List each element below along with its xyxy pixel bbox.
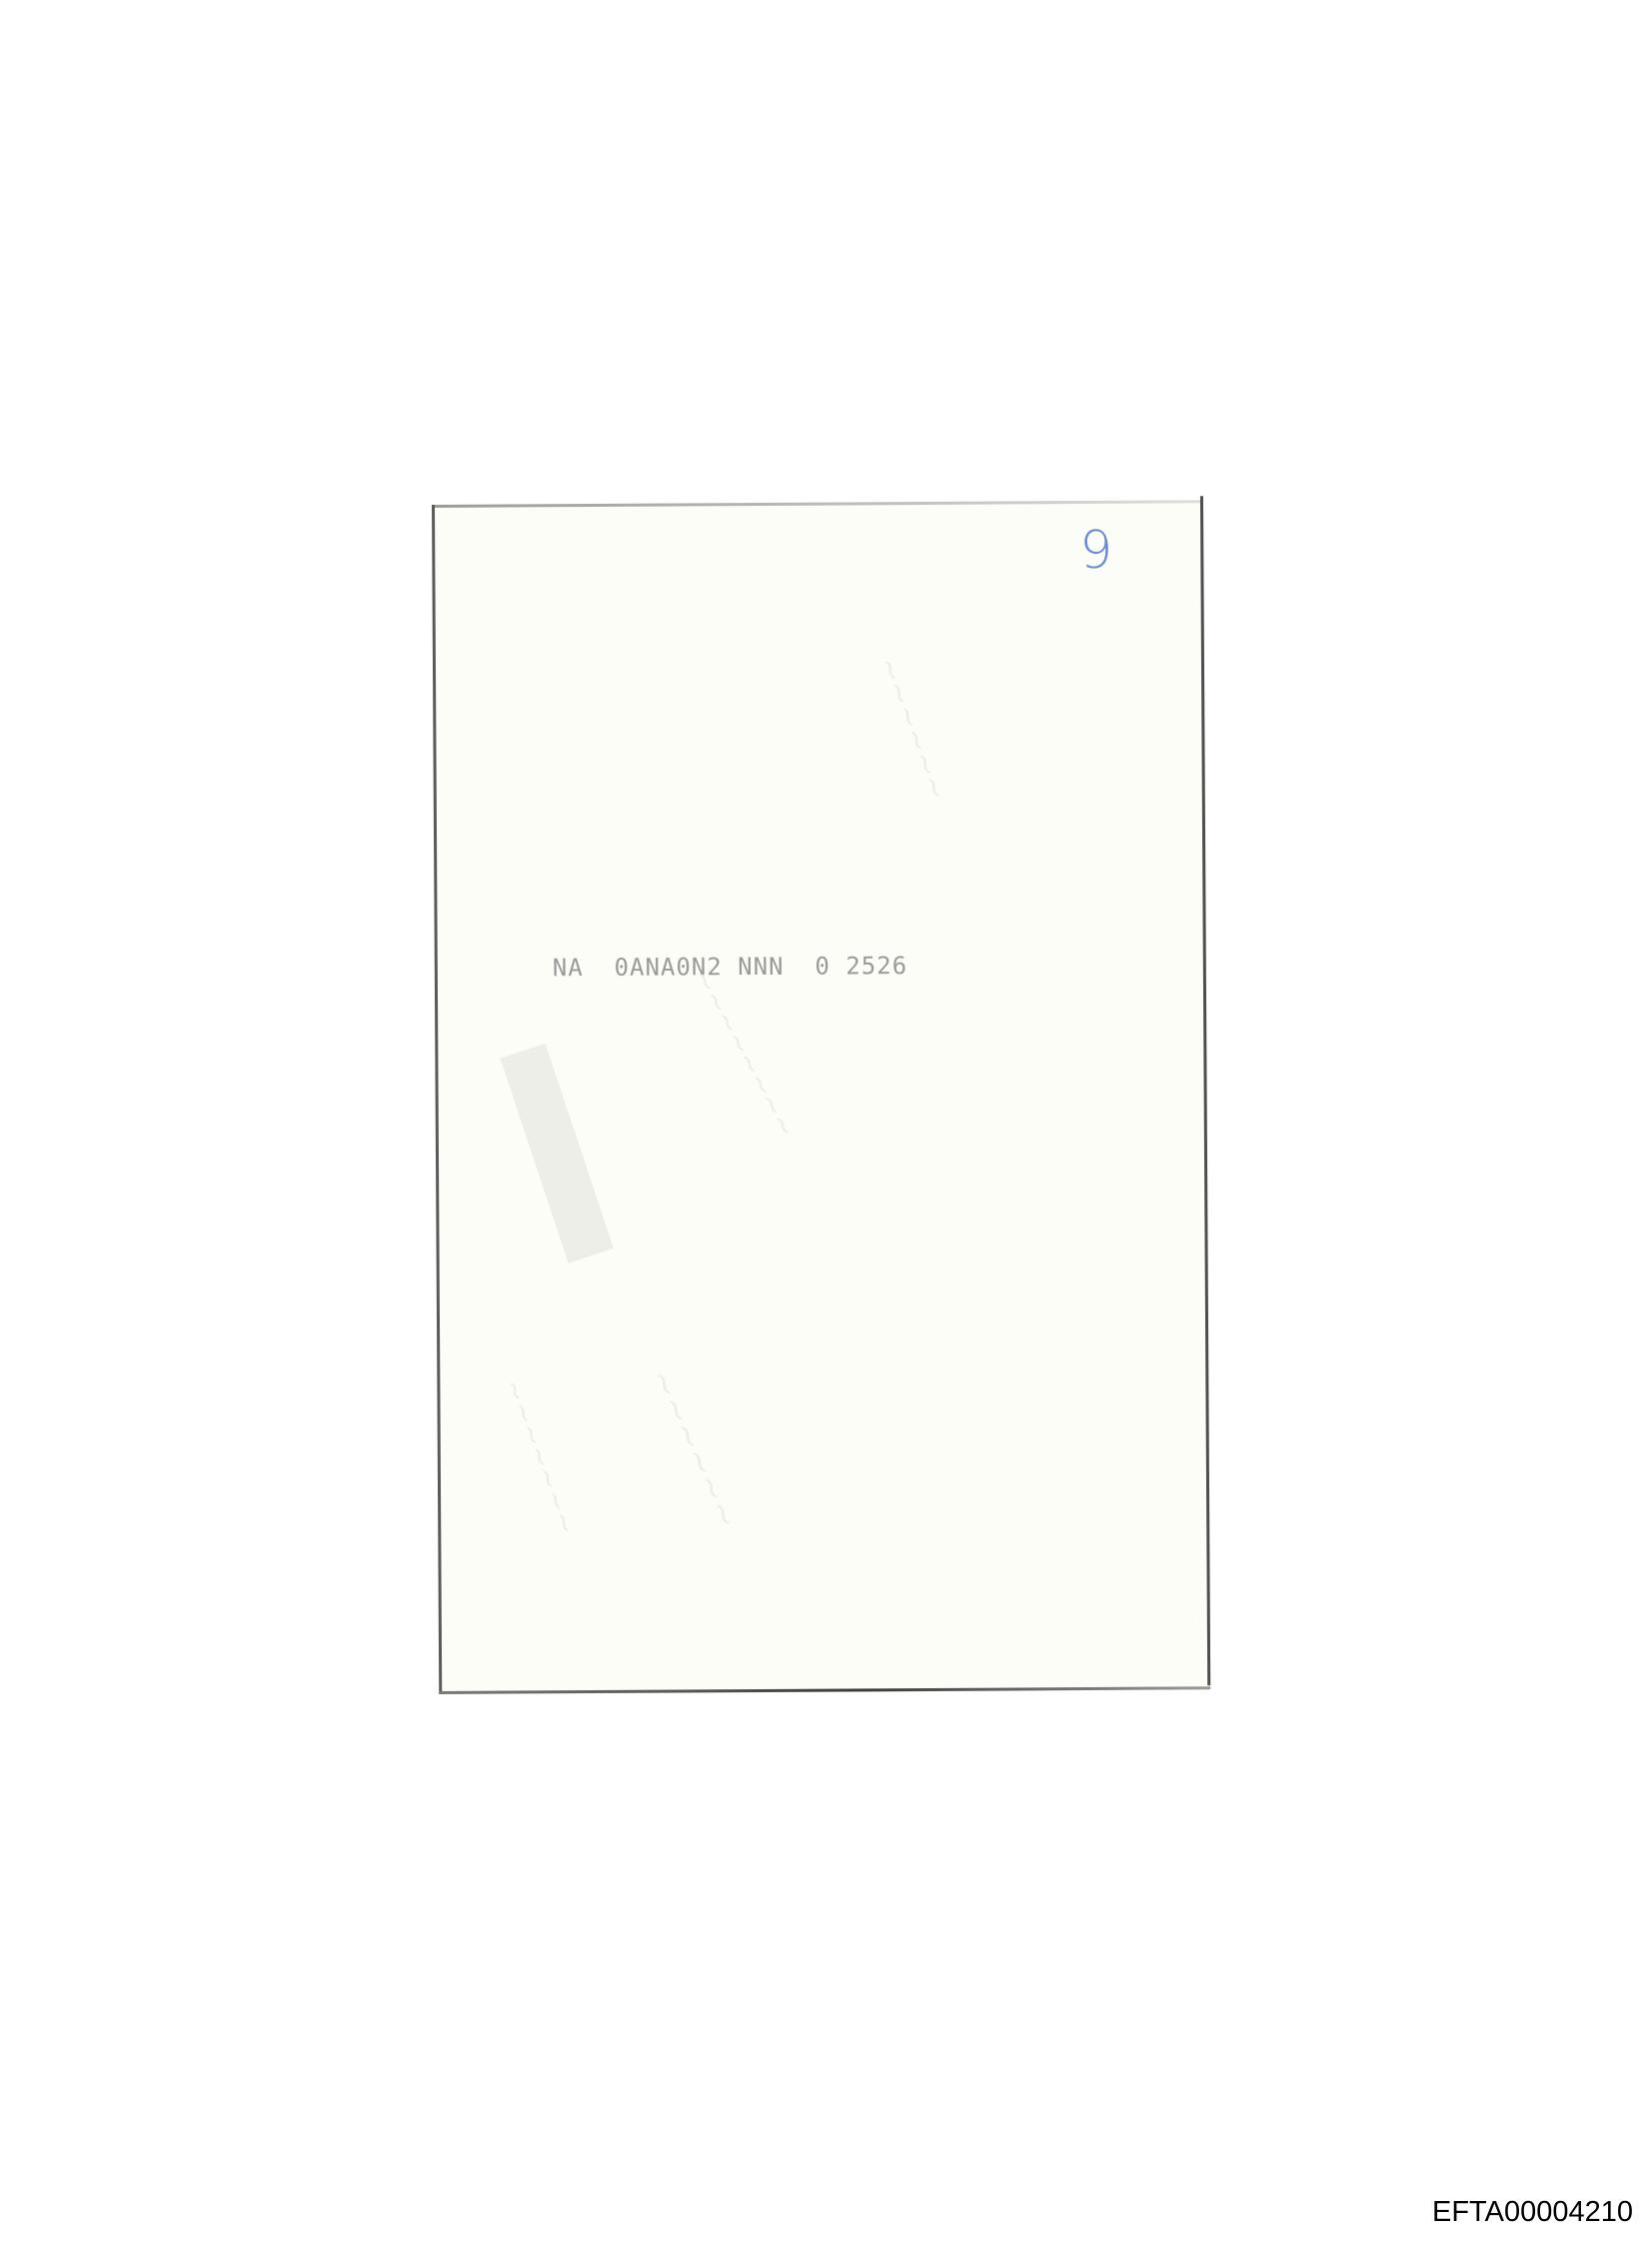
card-edge-bottom (439, 1686, 1210, 1694)
photo-print-code: NA 0ANA0N2 NNN 0 2526 (553, 952, 908, 982)
bleed-through-mark: ███████ (501, 1044, 613, 1262)
bleed-through-mark: ~~~~~~~~ (686, 963, 804, 1143)
card-edge-right (1200, 496, 1210, 1685)
bleed-through-mark: ~~~~~~ (641, 1363, 748, 1535)
bates-number: EFTA00004210 (1432, 2196, 1633, 2229)
bleed-through-mark: ~~~~~~ (869, 652, 954, 806)
bleed-through-mark: ~~~~~~~ (496, 1373, 584, 1538)
handwritten-page-number: 9 (1079, 521, 1112, 581)
card-edge-top (432, 500, 1203, 508)
card-edge-left (432, 505, 442, 1694)
photo-card-back: 9 NA 0ANA0N2 NNN 0 2526 ███████ ~~~~~~ ~… (432, 500, 1210, 1694)
